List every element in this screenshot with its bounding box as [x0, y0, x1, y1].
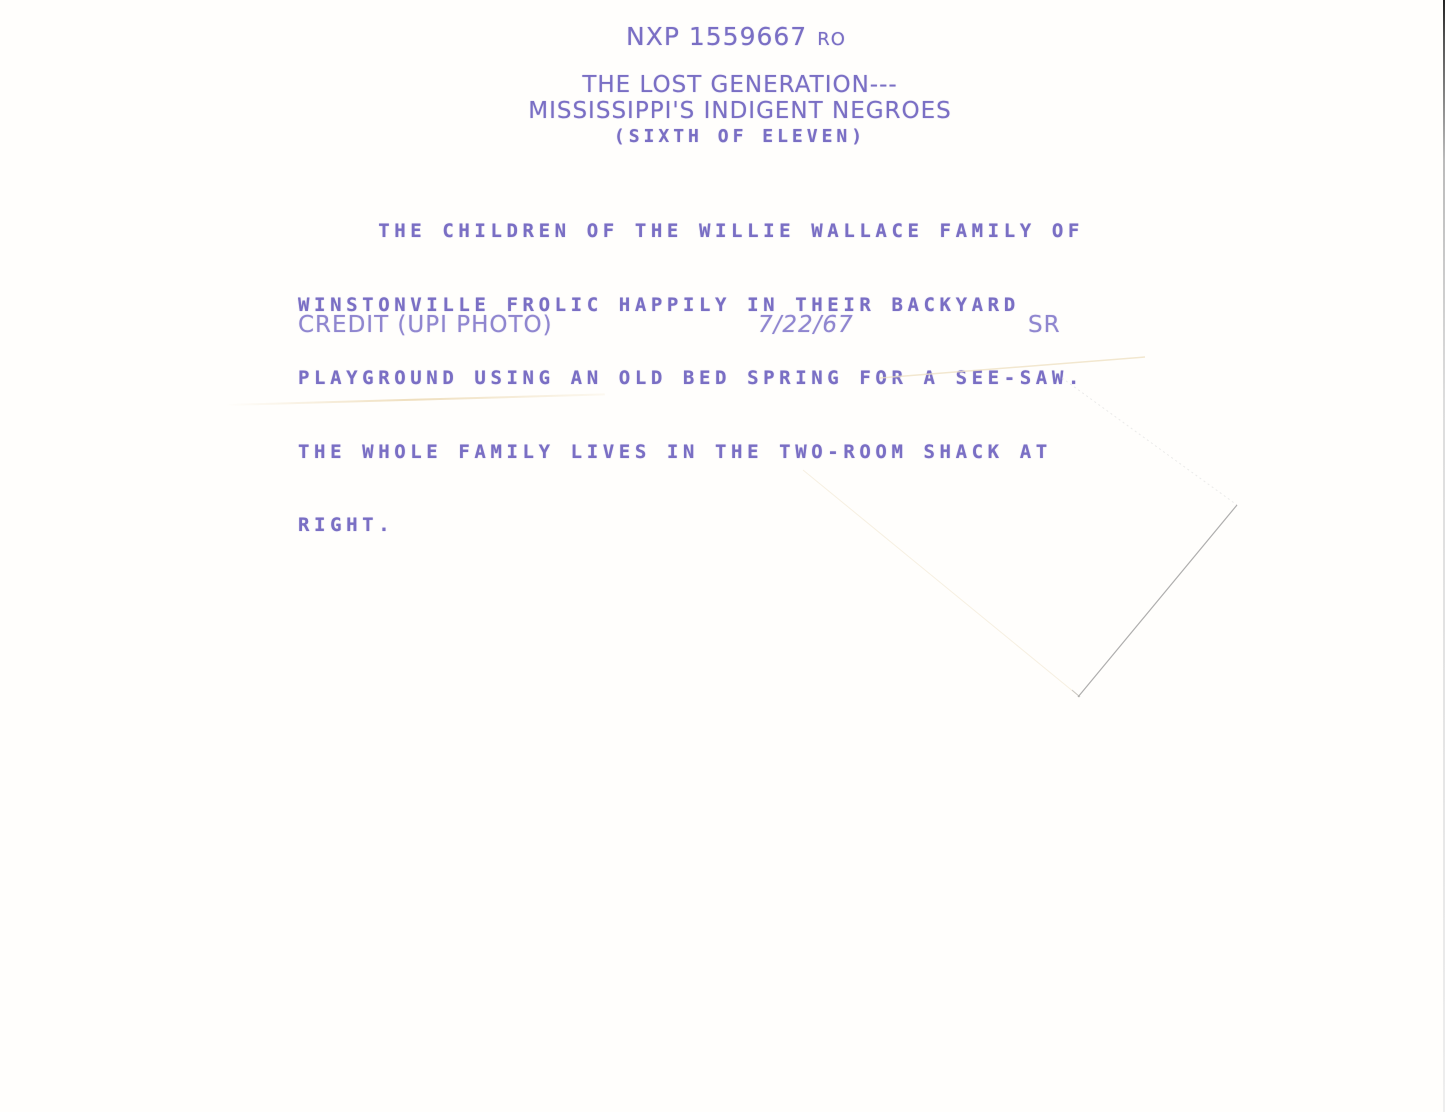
caption-title: THE LOST GENERATION--- MISSISSIPPI'S IND…: [490, 72, 990, 150]
caption-line: THE CHILDREN OF THE WILLIE WALLACE FAMIL…: [298, 219, 1088, 244]
title-line-2: MISSISSIPPI'S INDIGENT NEGROES: [490, 98, 990, 124]
caption-line: THE WHOLE FAMILY LIVES IN THE TWO-ROOM S…: [298, 440, 1088, 465]
photo-id: NXP 1559667: [626, 22, 807, 51]
caption-line: RIGHT.: [298, 513, 1088, 538]
title-line-1: THE LOST GENERATION---: [490, 72, 990, 98]
photo-credit: CREDIT (UPI PHOTO): [298, 312, 553, 338]
caption-date: 7/22/67: [758, 312, 854, 338]
caption-line: PLAYGROUND USING AN OLD BED SPRING FOR A…: [298, 366, 1088, 391]
editor-initials: SR: [1028, 312, 1061, 338]
photo-id-stamp: NXP 1559667RO: [626, 22, 846, 51]
photo-id-suffix: RO: [817, 29, 846, 50]
photo-back-page: NXP 1559667RO THE LOST GENERATION--- MIS…: [0, 0, 1445, 1112]
caption-body: THE CHILDREN OF THE WILLIE WALLACE FAMIL…: [298, 170, 1088, 587]
credit-row: CREDIT (UPI PHOTO) 7/22/67 SR: [298, 312, 1078, 342]
series-number: (SIXTH OF ELEVEN): [490, 124, 990, 150]
